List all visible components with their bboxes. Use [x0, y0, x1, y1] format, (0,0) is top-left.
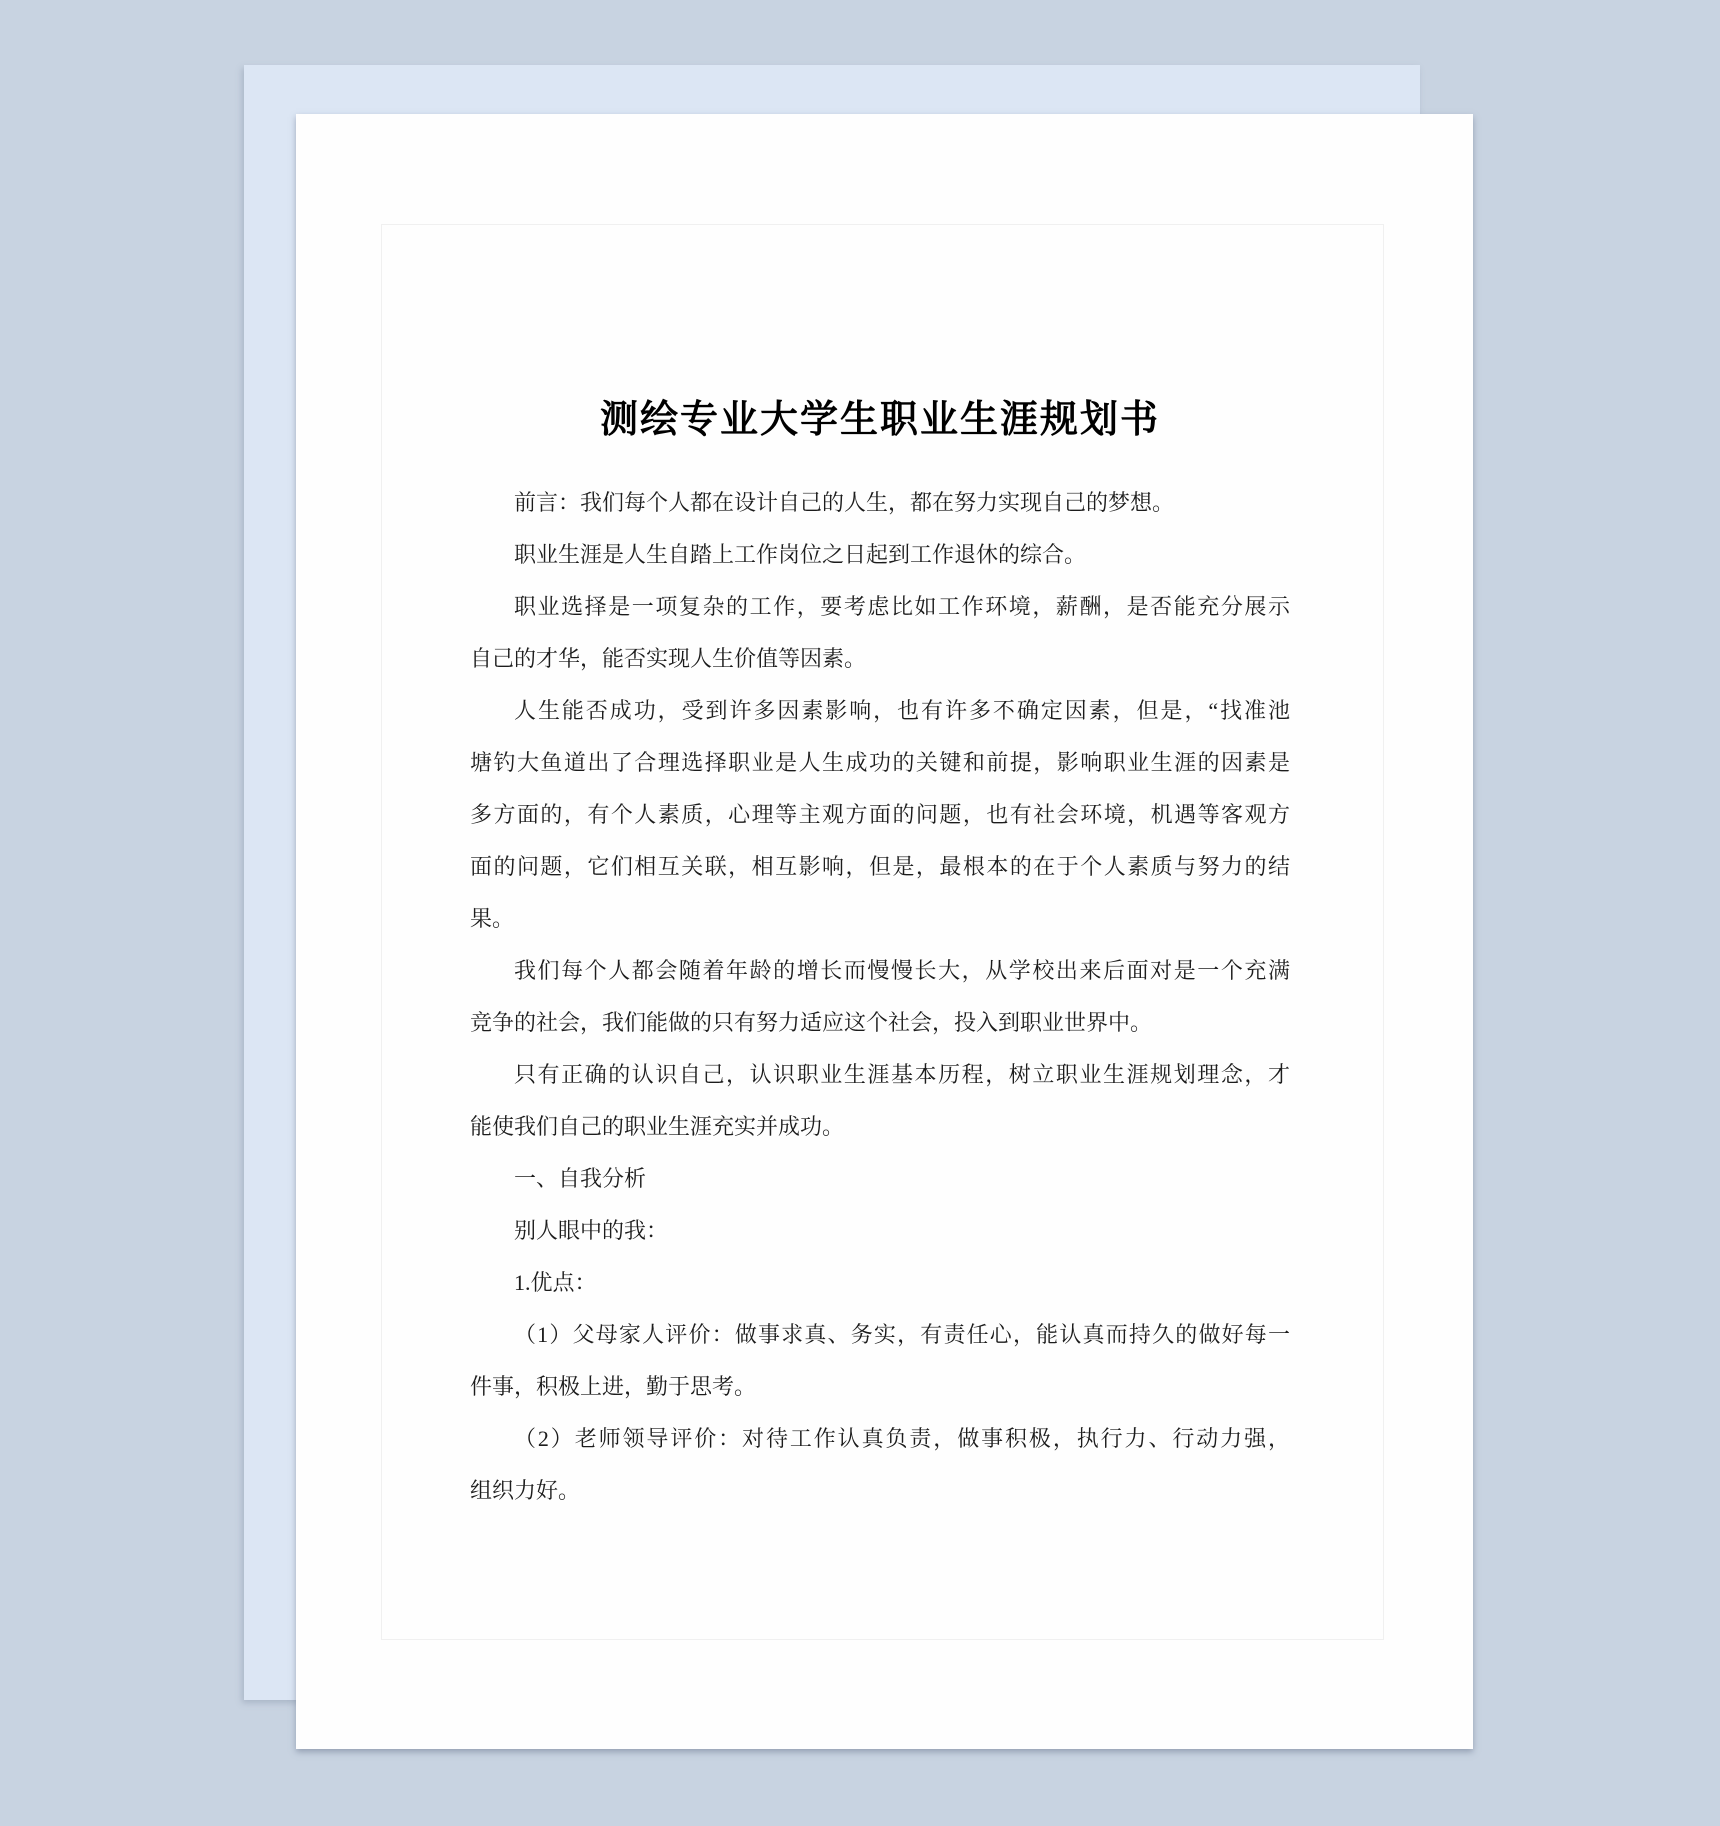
document-preview: 测绘专业大学生职业生涯规划书 前言：我们每个人都在设计自己的人生，都在努力实现自…: [0, 0, 1720, 1826]
paragraph: （1）父母家人评价：做事求真、务实，有责任心，能认真而持久的做好每一件事，积极上…: [470, 1309, 1290, 1413]
text-line: 件事，积极上进，勤于思考。: [470, 1361, 1290, 1413]
paragraph: 别人眼中的我：: [470, 1205, 1290, 1257]
text-line: 多方面的，有个人素质，心理等主观方面的问题，也有社会环境，机遇等客观方: [470, 789, 1290, 841]
text-line: 一、自我分析: [470, 1153, 1290, 1205]
text-line: 面的问题，它们相互关联，相互影响，但是，最根本的在于个人素质与努力的结: [470, 841, 1290, 893]
text-line: 职业选择是一项复杂的工作，要考虑比如工作环境，薪酬，是否能充分展示: [470, 581, 1290, 633]
paragraph: 职业选择是一项复杂的工作，要考虑比如工作环境，薪酬，是否能充分展示自己的才华，能…: [470, 581, 1290, 685]
paragraph: 职业生涯是人生自踏上工作岗位之日起到工作退休的综合。: [470, 529, 1290, 581]
paragraph: 一、自我分析: [470, 1153, 1290, 1205]
document-title: 测绘专业大学生职业生涯规划书: [470, 394, 1290, 446]
text-line: 只有正确的认识自己，认识职业生涯基本历程，树立职业生涯规划理念，才: [470, 1049, 1290, 1101]
text-line: 竞争的社会，我们能做的只有努力适应这个社会，投入到职业世界中。: [470, 997, 1290, 1049]
text-line: 组织力好。: [470, 1465, 1290, 1517]
text-line: 职业生涯是人生自踏上工作岗位之日起到工作退休的综合。: [470, 529, 1290, 581]
text-line: 我们每个人都会随着年龄的增长而慢慢长大，从学校出来后面对是一个充满: [470, 945, 1290, 997]
paragraph: 前言：我们每个人都在设计自己的人生，都在努力实现自己的梦想。: [470, 477, 1290, 529]
paragraph: 人生能否成功，受到许多因素影响，也有许多不确定因素，但是，“找准池塘钓大鱼道出了…: [470, 685, 1290, 945]
paragraph: 我们每个人都会随着年龄的增长而慢慢长大，从学校出来后面对是一个充满竞争的社会，我…: [470, 945, 1290, 1049]
document-body: 前言：我们每个人都在设计自己的人生，都在努力实现自己的梦想。职业生涯是人生自踏上…: [470, 477, 1290, 1517]
document-page: 测绘专业大学生职业生涯规划书 前言：我们每个人都在设计自己的人生，都在努力实现自…: [296, 114, 1473, 1749]
text-line: 塘钓大鱼道出了合理选择职业是人生成功的关键和前提，影响职业生涯的因素是: [470, 737, 1290, 789]
text-line: 果。: [470, 893, 1290, 945]
text-line: 人生能否成功，受到许多因素影响，也有许多不确定因素，但是，“找准池: [470, 685, 1290, 737]
paragraph: 只有正确的认识自己，认识职业生涯基本历程，树立职业生涯规划理念，才能使我们自己的…: [470, 1049, 1290, 1153]
text-line: 1.优点：: [470, 1257, 1290, 1309]
text-line: （1）父母家人评价：做事求真、务实，有责任心，能认真而持久的做好每一: [470, 1309, 1290, 1361]
paragraph: （2）老师领导评价：对待工作认真负责，做事积极，执行力、行动力强，组织力好。: [470, 1413, 1290, 1517]
paragraph: 1.优点：: [470, 1257, 1290, 1309]
page-content: 测绘专业大学生职业生涯规划书 前言：我们每个人都在设计自己的人生，都在努力实现自…: [470, 114, 1290, 1517]
text-line: （2）老师领导评价：对待工作认真负责，做事积极，执行力、行动力强，: [470, 1413, 1290, 1465]
text-line: 别人眼中的我：: [470, 1205, 1290, 1257]
text-line: 前言：我们每个人都在设计自己的人生，都在努力实现自己的梦想。: [470, 477, 1290, 529]
text-line: 自己的才华，能否实现人生价值等因素。: [470, 633, 1290, 685]
text-line: 能使我们自己的职业生涯充实并成功。: [470, 1101, 1290, 1153]
